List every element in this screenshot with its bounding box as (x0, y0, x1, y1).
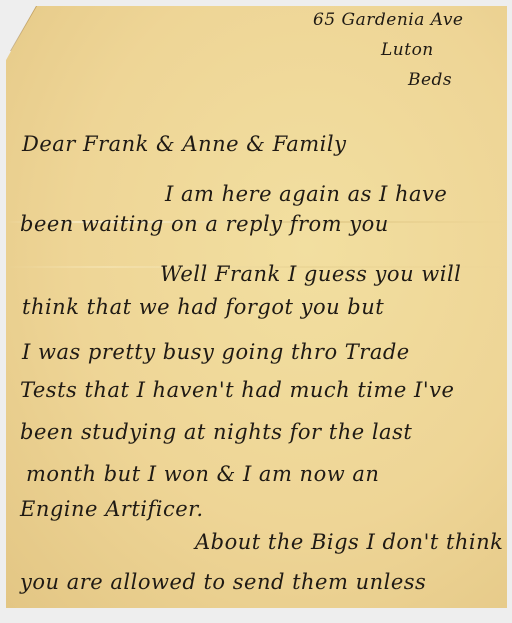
body-line: been waiting on a reply from you (20, 212, 389, 236)
body-line: About the Bigs I don't think (195, 530, 503, 554)
body-line: I was pretty busy going thro Trade (22, 340, 410, 364)
address-line-street: 65 Gardenia Ave (313, 10, 464, 30)
body-line: you are allowed to send them unless (20, 570, 426, 594)
salutation: Dear Frank & Anne & Family (22, 132, 346, 156)
body-line: think that we had forgot you but (22, 295, 384, 319)
body-line: I am here again as I have (165, 182, 447, 206)
body-line: Tests that I haven't had much time I've (20, 378, 454, 402)
body-line: month but I won & I am now an (26, 462, 379, 486)
body-line: Well Frank I guess you will (160, 262, 461, 286)
body-line: been studying at nights for the last (20, 420, 412, 444)
address-line-county: Beds (408, 70, 452, 90)
body-line: Engine Artificer. (20, 497, 204, 521)
address-line-town: Luton (381, 40, 434, 60)
